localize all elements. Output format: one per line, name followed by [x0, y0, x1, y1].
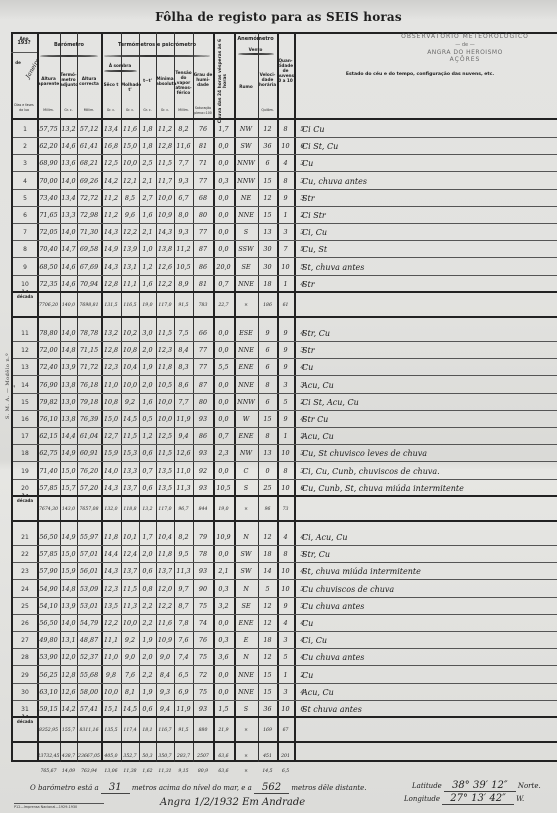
cell-term: 140,0 [60, 297, 77, 314]
cell-alt-cor: 71,30 [77, 224, 101, 241]
cell-t-t: 1,62 [139, 763, 156, 780]
sky-condition-remark: Cu, St [298, 241, 553, 258]
cell-alt-cor: 55,97 [77, 529, 101, 546]
cell-nuvens: 7 [277, 241, 294, 258]
cell-rumo: N [234, 649, 258, 666]
cell-seco: 14,4 [101, 546, 121, 563]
cell-seco: 14,9 [101, 241, 121, 258]
cell-t-t: 0,6 [139, 445, 156, 462]
row-rule [13, 291, 557, 293]
cell-tensao: 8,6 [174, 377, 193, 394]
row-rule [13, 520, 557, 522]
cell-chuva: 0,0 [213, 615, 234, 632]
sky-condition-remark: Ci, Cu, Cunb, chuviscos de chuva. [298, 463, 553, 480]
termometro-adjunto-header: Termó-metro adjunto [60, 72, 77, 87]
cell-rumo: C [234, 463, 258, 480]
cell-nuvens: 3 [277, 632, 294, 649]
cell-seco: 11,8 [101, 529, 121, 546]
cell-grau: 75 [193, 684, 213, 701]
cell-term: 15,0 [60, 463, 77, 480]
cell-nuvens: 4 [277, 529, 294, 546]
cell-nuvens: 3 [277, 377, 294, 394]
cell-molh: 11,38 [121, 763, 139, 780]
cell-term: 14,0 [60, 615, 77, 632]
cell-t-t: 2,1 [139, 224, 156, 241]
cell-alt-cor: 53,09 [77, 581, 101, 598]
a-sombra-header: À sombra [101, 63, 139, 68]
cell-t-t: 1,7 [139, 529, 156, 546]
cell-molh: 13,1 [121, 259, 139, 276]
cell-min: 9,3 [156, 684, 174, 701]
cell-grau: 75 [193, 598, 213, 615]
cell-min: 10,0 [156, 394, 174, 411]
table-row: 2749,8013,148,8711,19,21,910,97,6760,3E1… [13, 632, 557, 649]
cell-seco: 13,5 [101, 598, 121, 615]
cell-term: 13,0 [60, 394, 77, 411]
cell-min: 11,5 [156, 445, 174, 462]
day-number: 16 [13, 411, 37, 428]
table-row: 772,0514,071,3014,312,22,114,39,3770,0S1… [13, 224, 557, 241]
cell-molh: 12,1 [121, 173, 139, 190]
minima-header: Mínima absoluta [156, 76, 174, 86]
cell-alt-cor: 8311,16 [77, 722, 101, 739]
sky-condition-remark: Ci Cu [298, 121, 553, 138]
sky-condition-remark: Acu, Cu [298, 428, 553, 445]
table-row: 1579,8213,079,1810,89,21,610,07,7800,0NN… [13, 394, 557, 411]
cell-rumo: E [234, 632, 258, 649]
cell-t-t: 2,0 [139, 546, 156, 563]
day-number: 4 [13, 173, 37, 190]
cell-molh: 13,9 [121, 241, 139, 258]
cell-rumo: × [234, 763, 258, 780]
cell-chuva: 3,2 [213, 598, 234, 615]
sky-condition-remark: Ci St, Cu [298, 138, 553, 155]
cell-rumo: SW [234, 138, 258, 155]
cell-tensao: 7,7 [174, 155, 193, 172]
sky-condition-remark: Cu [298, 667, 553, 684]
cell-alt-cor: 763,94 [77, 763, 101, 780]
cell-nuvens: 10 [277, 563, 294, 580]
day-number: 3 [13, 155, 37, 172]
cell-molh: 13,3 [121, 463, 139, 480]
table-row: 1476,9013,876,1811,010,02,010,58,6870,0N… [13, 377, 557, 394]
cell-alt-ap: 76,10 [37, 411, 60, 428]
t-minus-t-header: t−t' [139, 78, 156, 83]
day-number: 12 [13, 342, 37, 359]
cell-grau: 72 [193, 667, 213, 684]
cell-rumo: ENE [234, 359, 258, 376]
cell-min: 10,9 [156, 632, 174, 649]
cell-min: 11,8 [156, 546, 174, 563]
cell-rumo: SW [234, 563, 258, 580]
cell-alt-cor: 52,37 [77, 649, 101, 666]
table-row: 968,5014,667,6914,313,11,212,610,58620,0… [13, 259, 557, 276]
cell-vel: 6 [258, 359, 277, 376]
sky-condition-remark: Str [298, 342, 553, 359]
cell-vel: 12 [258, 598, 277, 615]
cell-min: 12,2 [156, 598, 174, 615]
table-row: 671,6513,372,9811,29,61,610,98,0800,0NNE… [13, 207, 557, 224]
cell-tensao: 10,5 [174, 259, 193, 276]
cell-chuva: 0,0 [213, 546, 234, 563]
cell-t-t: 1,2 [139, 428, 156, 445]
cell-molh: 117,4 [121, 722, 139, 739]
cell-grau: 93 [193, 411, 213, 428]
cell-nuvens: 9 [277, 598, 294, 615]
stamp-arc-text: OBSERVATÓRIO METEOROLÓGICO [380, 33, 550, 40]
cell-rumo: SE [234, 598, 258, 615]
unit-label: Millim. [174, 108, 193, 113]
cell-molh: 15,0 [121, 138, 139, 155]
cell-term: 13,9 [60, 598, 77, 615]
cell-min: 11,5 [156, 155, 174, 172]
cell-chuva: 0,0 [213, 684, 234, 701]
cell-rumo: NNE [234, 684, 258, 701]
title-suffix: horas [359, 10, 402, 24]
seco-header: Sêco t [101, 82, 121, 87]
cell-rumo: N [234, 581, 258, 598]
day-number: 24 [13, 581, 37, 598]
barometro-rule [40, 55, 98, 57]
cell-nuvens: 4 [277, 615, 294, 632]
cell-nuvens: 10 [277, 445, 294, 462]
cell-molh: 11,5 [121, 428, 139, 445]
cell-seco: 11,0 [101, 377, 121, 394]
day-number: 18 [13, 445, 37, 462]
cell-alt-ap: 56,25 [37, 667, 60, 684]
cell-nuvens: 9 [277, 342, 294, 359]
latitude-value: 38° 39′ 12″ [444, 780, 516, 792]
cell-t-t: 1,8 [139, 121, 156, 138]
cell-tensao: 11,9 [174, 411, 193, 428]
cell-nuvens: 1 [277, 428, 294, 445]
cell-vel: 18 [258, 632, 277, 649]
cell-vel: 0 [258, 463, 277, 480]
cell-molh: 9,6 [121, 207, 139, 224]
cell-rumo: S [234, 224, 258, 241]
cell-alt-ap: 57,75 [37, 121, 60, 138]
cell-molh: 11,3 [121, 598, 139, 615]
cell-nuvens: 9 [277, 411, 294, 428]
cell-seco: 11,2 [101, 190, 121, 207]
sky-condition-remark: Ci, Cu [298, 224, 553, 241]
altura-correcta-header: Altura correcta [77, 76, 101, 86]
cell-alt-cor: 7698,81 [77, 297, 101, 314]
table-row: 1178,8014,078,7813,210,23,011,57,5660,0E… [13, 325, 557, 342]
cell-vel: 30 [258, 259, 277, 276]
unit-label: Gr. c. [156, 108, 174, 113]
cell-t-t: 2,0 [139, 377, 156, 394]
cell-chuva: 0,0 [213, 394, 234, 411]
cell-nuvens: 8 [277, 173, 294, 190]
cell-term: 14,9 [60, 445, 77, 462]
cell-chuva: 0,0 [213, 342, 234, 359]
cell-min: 13,8 [156, 241, 174, 258]
cell-seco: 13,2 [101, 325, 121, 342]
cell-molh: 11,5 [121, 581, 139, 598]
cell-seco: 12,5 [101, 155, 121, 172]
cell-term: 14,8 [60, 342, 77, 359]
cell-seco: 14,2 [101, 173, 121, 190]
unit-label: Gr. c. [121, 108, 139, 113]
cell-alt-cor: 76,20 [77, 463, 101, 480]
cell-t-t: 2,0 [139, 342, 156, 359]
cell-alt-cor: 55,68 [77, 667, 101, 684]
cell-term: 155,7 [60, 722, 77, 739]
cell-rumo: ENE [234, 615, 258, 632]
cell-tensao: 6,5 [174, 667, 193, 684]
sky-condition-remark: Cu, St chuvisco leves de chuva [298, 445, 553, 462]
cell-tensao: 96,7 [174, 501, 193, 518]
stamp-line: — de — [380, 42, 550, 48]
cell-grau: 80 [193, 207, 213, 224]
cell-vel: 12 [258, 615, 277, 632]
month-prefix-label: de [13, 60, 23, 65]
cell-min: 10,0 [156, 411, 174, 428]
row-rule [13, 716, 557, 718]
cell-min: 11,6 [156, 615, 174, 632]
cell-grau: 844 [193, 501, 213, 518]
cell-tensao: 9,4 [174, 428, 193, 445]
latitude-direction: Norte. [518, 782, 541, 790]
cell-alt-cor: 69,58 [77, 241, 101, 258]
cell-tensao: 8,0 [174, 207, 193, 224]
cell-nuvens: 3 [277, 224, 294, 241]
cell-alt-ap: 7706,20 [37, 297, 60, 314]
cell-nuvens: 1 [277, 667, 294, 684]
cell-chuva: 0,0 [213, 667, 234, 684]
cell-vel: 14,5 [258, 763, 277, 780]
longitude-line: Longitude 27° 13′ 42″ W. [404, 793, 524, 804]
cell-min: 10,9 [156, 207, 174, 224]
day-number: 7 [13, 224, 37, 241]
longitude-value: 27° 13′ 42″ [442, 793, 514, 805]
cell-alt-ap: 63,10 [37, 684, 60, 701]
cell-alt-cor: 48,87 [77, 632, 101, 649]
cell-alt-ap: 62,15 [37, 428, 60, 445]
cell-chuva: 0,0 [213, 377, 234, 394]
cell-molh: 10,0 [121, 615, 139, 632]
table-row: 2156,5014,955,9711,810,11,710,48,27910,9… [13, 529, 557, 546]
cell-min: 11,31 [156, 763, 174, 780]
cell-alt-ap: 68,90 [37, 155, 60, 172]
cell-vel: 12 [258, 529, 277, 546]
cell-alt-ap: 71,65 [37, 207, 60, 224]
unit-label: Gr. c. [101, 108, 121, 113]
cell-nuvens: 73 [277, 501, 294, 518]
cell-rumo: SE [234, 259, 258, 276]
latitude-label: Latitude [412, 782, 442, 790]
cell-term: 13,3 [60, 207, 77, 224]
barometer-note-middle: metros acima do nível do mar, e a [132, 784, 252, 792]
cell-seco: 10,8 [101, 394, 121, 411]
observatory-stamp: OBSERVATÓRIO METEOROLÓGICO — de — ANGRA … [380, 33, 550, 63]
rumo-header: Rumo [234, 84, 258, 89]
cell-t-t: 1,8 [139, 138, 156, 155]
cell-t-t: 13,2 [139, 501, 156, 518]
cell-grau: 93 [193, 563, 213, 580]
cell-term: 13,1 [60, 632, 77, 649]
cell-term: 13,2 [60, 121, 77, 138]
cell-rumo: NNE [234, 377, 258, 394]
cell-alt-ap: 71,40 [37, 463, 60, 480]
day-number: 9 [13, 259, 37, 276]
cell-min: 8,4 [156, 667, 174, 684]
cell-rumo: NNE [234, 342, 258, 359]
cell-term: 14,6 [60, 138, 77, 155]
days-label: Dias e fases da lua [12, 103, 36, 113]
cell-alt-cor: 71,15 [77, 342, 101, 359]
table-row: 2554,1013,953,0113,511,32,212,28,7753,2S… [13, 598, 557, 615]
row-rule [13, 495, 557, 497]
sky-condition-remark: Str, Cu [298, 325, 553, 342]
cell-nuvens: 6,5 [277, 763, 294, 780]
cell-seco: 15,0 [101, 411, 121, 428]
day-number: 14 [13, 377, 37, 394]
cell-min: 13,5 [156, 463, 174, 480]
cell-min: 10,0 [156, 190, 174, 207]
cell-grau: 77 [193, 359, 213, 376]
table-row: 368,9013,668,2112,510,02,511,57,7710,0NN… [13, 155, 557, 172]
cell-term: 13,6 [60, 155, 77, 172]
cell-grau: 74 [193, 615, 213, 632]
cell-grau: 76 [193, 121, 213, 138]
cell-alt-ap: 78,80 [37, 325, 60, 342]
day-number: 2 [13, 138, 37, 155]
cell-tensao: 6,7 [174, 190, 193, 207]
cell-alt-ap: 56,50 [37, 529, 60, 546]
sky-condition-remark: Acu, Cu [298, 684, 553, 701]
cell-min: 116,7 [156, 722, 174, 739]
table-row: 1862,7514,960,9115,915,30,611,512,6932,3… [13, 445, 557, 462]
cell-rumo: NNW [234, 173, 258, 190]
cell-tensao: 9,15 [174, 763, 193, 780]
cell-grau: 79 [193, 529, 213, 546]
cell-chuva: 22,7 [213, 297, 234, 314]
cell-alt-cor: 7657,08 [77, 501, 101, 518]
cell-t-t: 1,6 [139, 394, 156, 411]
cell-chuva: 0,0 [213, 241, 234, 258]
sky-condition-remark: Cu [298, 155, 553, 172]
cell-rumo: ENE [234, 428, 258, 445]
cell-alt-ap: 57,85 [37, 546, 60, 563]
year-cell: Ano 193? [11, 36, 37, 46]
cell-rumo: NNW [234, 394, 258, 411]
cell-chuva: 0,3 [213, 173, 234, 190]
cell-t-t: 1,6 [139, 207, 156, 224]
cell-chuva: 0,0 [213, 463, 234, 480]
cell-term: 14,0 [60, 325, 77, 342]
cell-tensao: 7,8 [174, 615, 193, 632]
sky-condition-remark: St, chuva miúda intermitente [298, 563, 553, 580]
cell-min: 10,4 [156, 529, 174, 546]
vento-header: Vento [234, 47, 277, 52]
cell-molh: 10,1 [121, 529, 139, 546]
cell-rumo: N [234, 529, 258, 546]
cell-vel: 15 [258, 684, 277, 701]
header-bottom-rule [11, 118, 557, 120]
cell-term: 13,4 [60, 190, 77, 207]
cell-molh: 7,6 [121, 667, 139, 684]
day-number: 25 [13, 598, 37, 615]
cell-chuva: 1,7 [213, 121, 234, 138]
cell-alt-cor: 58,00 [77, 684, 101, 701]
cell-nuvens: 10 [277, 581, 294, 598]
cell-t-t: 0,6 [139, 563, 156, 580]
cell-vel: 12 [258, 121, 277, 138]
estado-ceu-header: Estado do céu e do tempo, configuração d… [290, 72, 550, 77]
cell-grau: 90 [193, 581, 213, 598]
cell-alt-cor: 69,26 [77, 173, 101, 190]
day-number: 21 [13, 529, 37, 546]
cell-grau: 76 [193, 632, 213, 649]
cell-alt-cor: 54,79 [77, 615, 101, 632]
cell-t-t: 18,1 [139, 722, 156, 739]
barometer-note: O barómetro está a 31 metros acima do ní… [30, 782, 367, 793]
cell-term: 14,7 [60, 241, 77, 258]
chuva-header: Chuva das 24 horas vésperas às 6 horas [218, 36, 228, 126]
cell-vel: 5 [258, 581, 277, 598]
cell-t-t: 2,5 [139, 155, 156, 172]
sky-condition-remark: Cu chuva antes [298, 598, 553, 615]
cell-t-t: 0,5 [139, 411, 156, 428]
cell-tensao: 11,0 [174, 463, 193, 480]
cell-seco: 13,4 [101, 121, 121, 138]
cell-alt-cor: 78,78 [77, 325, 101, 342]
cell-seco: 13,06 [101, 763, 121, 780]
cell-term: 143,0 [60, 501, 77, 518]
cell-alt-ap: 76,90 [37, 377, 60, 394]
cell-chuva: 3,6 [213, 649, 234, 666]
cell-chuva: 0,0 [213, 224, 234, 241]
cell-min: 14,3 [156, 224, 174, 241]
cell-alt-ap: 8352,95 [37, 722, 60, 739]
table-row: 262,2014,661,4116,815,01,812,811,6810,0S… [13, 138, 557, 155]
cell-molh: 9,2 [121, 394, 139, 411]
cell-alt-ap: 765,67 [37, 763, 60, 780]
cell-term: 14,4 [60, 428, 77, 445]
unit-label: Saturação plena=100 [193, 106, 213, 116]
sombra-rule [104, 70, 137, 72]
cell-tensao: 9,3 [174, 173, 193, 190]
cell-molh: 8,5 [121, 190, 139, 207]
table-row: 2454,9014,853,0912,311,50,812,09,7900,3N… [13, 581, 557, 598]
cell-tensao: 8,4 [174, 342, 193, 359]
title-emphasis: SEIS [326, 10, 359, 24]
cell-vel: 18 [258, 546, 277, 563]
cell-nuvens: 9 [277, 190, 294, 207]
row-rule [13, 316, 557, 318]
cell-alt-ap: 79,82 [37, 394, 60, 411]
cell-grau: 87 [193, 241, 213, 258]
cell-grau: 66 [193, 325, 213, 342]
cell-molh: 10,2 [121, 325, 139, 342]
cell-rumo: NW [234, 445, 258, 462]
cell-molh: 12,2 [121, 224, 139, 241]
day-number: 30 [13, 684, 37, 701]
cell-term: 15,9 [60, 563, 77, 580]
cell-rumo: NE [234, 190, 258, 207]
table-row: 157,7513,257,1213,411,61,811,28,2761,7NW… [13, 121, 557, 138]
cell-alt-cor: 61,04 [77, 428, 101, 445]
cell-alt-ap: 68,50 [37, 259, 60, 276]
cell-min: 117,0 [156, 297, 174, 314]
sky-condition-remark: Str Cu [298, 411, 553, 428]
unit-label: Gr. c. [139, 108, 156, 113]
cell-t-t: 2,2 [139, 667, 156, 684]
cell-tensao: 7,5 [174, 325, 193, 342]
day-number: 28 [13, 649, 37, 666]
